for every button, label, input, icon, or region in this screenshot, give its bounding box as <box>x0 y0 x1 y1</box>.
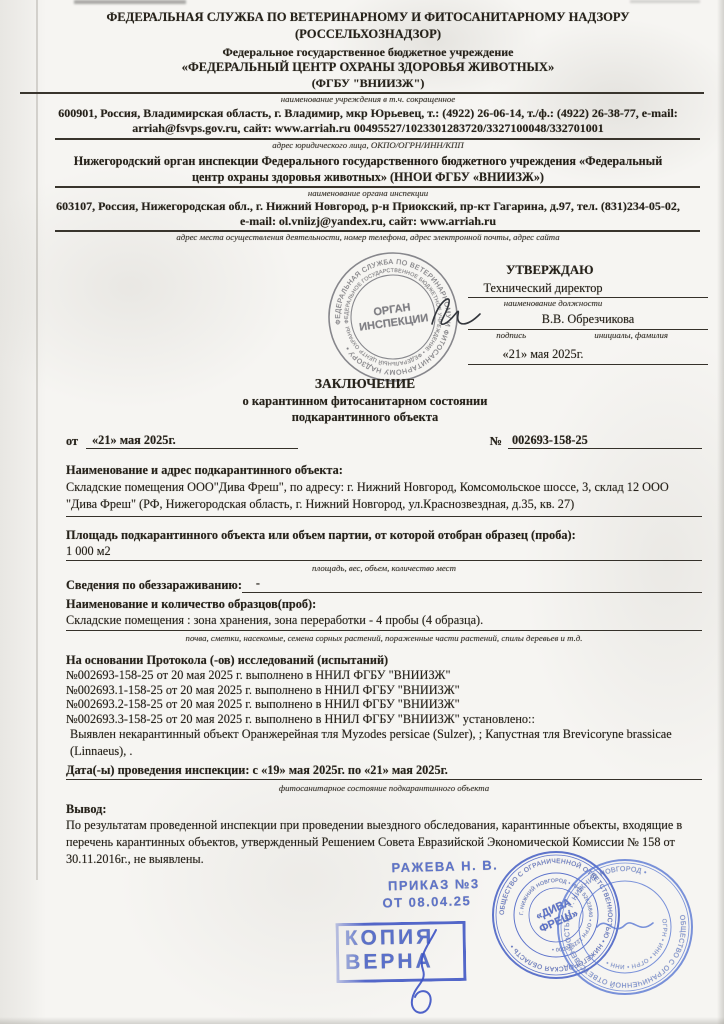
scan-artifact-right-shadow <box>717 0 724 1024</box>
doc-subtitle-2: подкарантинного объекта <box>45 410 685 425</box>
letterhead-address-legal: 600901, Россия, Владимирская область, г.… <box>55 106 681 136</box>
company2-ring-outer: ОБЩЕСТВО С ОГРАНИЧЕННОЙ ОТВЕТСТВЕННОСТЬЮ… <box>553 855 698 1000</box>
date-number-row: от «21» мая 2025г. № 002693-158-25 <box>66 430 702 449</box>
approval-name: В.В. Обрезчикова <box>468 312 708 330</box>
object-label: Наименование и адрес подкарантинного объ… <box>66 462 702 479</box>
letterhead-caption-inspection-org: наименование органа инспекции <box>48 188 688 198</box>
director-signature <box>428 290 486 338</box>
inspection-org-name: Нижегородский орган инспекции Федерально… <box>60 153 676 185</box>
letterhead-caption-legal-address: адрес юридического лица, ОКПО/ОГРН/ИНН/К… <box>48 140 688 150</box>
svg-text:ОБЩЕСТВО С ОГРАНИЧЕННОЙ ОТВЕТС: ОБЩЕСТВО С ОГРАНИЧЕННОЙ ОТВЕТСТВЕННОСТЬЮ… <box>553 855 698 1000</box>
inspection-dates-row: Дата(-ы) проведения инспекции: с «19» ма… <box>66 762 702 780</box>
order-stamp-text: РАЖЕВА Н. В. ПРИКАЗ №3 ОТ 08.04.25 <box>381 856 499 912</box>
doc-date-label: от <box>66 433 78 450</box>
samples-caption: почва, сметки, насекомые, семена сорных … <box>66 633 702 643</box>
scanned-document-page: ФЕДЕРАЛЬНАЯ СЛУЖБА ПО ВЕТЕРИНАРНОМУ И ФИ… <box>0 0 724 1024</box>
area-caption: площадь, вес, объем, количество мест <box>66 563 702 573</box>
letterhead-institution-abbr: (ФГБУ "ВНИИЗЖ") <box>48 75 688 91</box>
protocol-item: №002693.2-158-25 от 20 мая 2025 г. выпол… <box>66 697 702 712</box>
inspection-caption: фитосанитарное состояние подкарантинного… <box>66 783 702 793</box>
inspection-dates-value: проведения инспекции: с «19» мая 2025г. … <box>115 763 448 777</box>
protocol-item: №002693-158-25 от 20 мая 2025 г. выполне… <box>66 668 702 683</box>
doc-title: ЗАКЛЮЧЕНИЕ <box>45 376 685 392</box>
protocols-list: №002693-158-25 от 20 мая 2025 г. выполне… <box>66 668 702 726</box>
approval-position-caption: наименование должности <box>468 298 708 308</box>
company-round-stamps: ОБЩЕСТВО С ОГРАНИЧЕННОЙ ОТВЕТСТВЕННОСТЬЮ… <box>485 843 713 1019</box>
approval-title: УТВЕРЖДАЮ <box>468 263 708 278</box>
protocol-item: №002693.1-158-25 от 20 мая 2025 г. выпол… <box>66 683 702 698</box>
disinfection-row: Сведения по обеззараживанию: - <box>66 575 702 593</box>
letterhead-caption-institution: наименование учреждения в т.ч. сокращенн… <box>48 94 688 104</box>
protocols-finding: Выявлен некарантинный объект Оранжерейна… <box>70 726 702 760</box>
conclusion-label: Вывод: <box>66 801 702 818</box>
copy-stamp-signature <box>396 926 456 1021</box>
doc-subtitle-1: о карантинном фитосанитарном состоянии <box>45 394 685 409</box>
doc-number-label: № <box>490 433 502 450</box>
samples-label: Наименование и количество образцов(проб)… <box>66 596 702 613</box>
object-value: Складские помещения ООО"Дива Фреш", по а… <box>66 479 702 517</box>
letterhead-service-abbr: (РОССЕЛЬХОЗНАДЗОР) <box>48 26 688 42</box>
letterhead-service-name: ФЕДЕРАЛЬНАЯ СЛУЖБА ПО ВЕТЕРИНАРНОМУ И ФИ… <box>48 9 688 25</box>
order-stamp-name: РАЖЕВА Н. В. <box>381 856 498 877</box>
scan-artifact-top-right <box>630 0 700 3</box>
approval-position: Технический директор <box>468 281 708 298</box>
inspection-org-address: 603107, Россия, Нижегородская обл., г. Н… <box>55 199 681 229</box>
approval-name-caption: инициалы, фамилия <box>554 330 708 340</box>
protocol-item: №002693.3-158-25 от 20 мая 2025 г. выпол… <box>66 712 702 727</box>
letterhead-institution-type: Федеральное государственное бюджетное уч… <box>48 44 688 60</box>
approval-date: «21» мая 2025г. <box>468 347 708 365</box>
disinfection-value: - <box>242 575 702 593</box>
samples-value: Складские помещения : зона хранения, зон… <box>66 612 702 631</box>
letterhead-caption-activity-address: адрес места осуществления деятельности, … <box>48 232 688 242</box>
scan-artifact-left-line <box>36 0 38 880</box>
scan-artifact-top-smudge <box>74 0 186 4</box>
company-stamp-second: ОБЩЕСТВО С ОГРАНИЧЕННОЙ ОТВЕТСТВЕННОСТЬЮ… <box>553 855 698 1000</box>
doc-date-value: «21» мая 2025г. <box>86 432 298 450</box>
approval-captions-row: подпись инициалы, фамилия <box>468 330 708 340</box>
approval-block: УТВЕРЖДАЮ Технический директор наименова… <box>468 263 708 365</box>
order-stamp-date: ОТ 08.04.25 <box>382 891 499 912</box>
company-stamp-diva-fresh: ОБЩЕСТВО С ОГРАНИЧЕННОЙ ОТВЕТСТВЕННОСТЬЮ… <box>493 852 619 978</box>
disinfection-label: Сведения по обеззараживанию: <box>66 577 242 594</box>
inspection-dates-label: Дата(-ы) <box>66 763 115 777</box>
protocols-label: На основании Протокола (-ов) исследовани… <box>66 652 702 669</box>
doc-number-value: 002693-158-25 <box>508 432 702 450</box>
letterhead-institution-name: «ФЕДЕРАЛЬНЫЙ ЦЕНТР ОХРАНЫ ЗДОРОВЬЯ ЖИВОТ… <box>48 59 688 75</box>
area-value: 1 000 м2 <box>66 543 702 561</box>
area-label: Площадь подкарантинного объекта или объе… <box>66 527 702 544</box>
